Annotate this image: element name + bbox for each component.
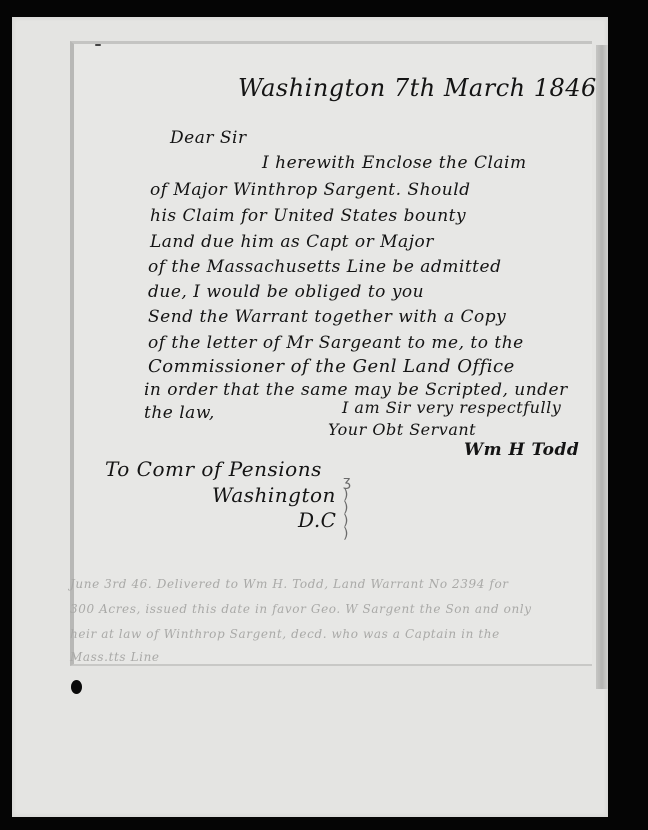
salutation: Dear Sir [170,128,247,148]
docket-note-line-3: heir at law of Winthrop Sargent, decd. w… [70,627,500,641]
closing-line-2: Your Obt Servant [328,420,476,439]
paper-speck [95,44,101,46]
closing-line-1: I am Sir very respectfully [342,398,561,417]
body-line-2: of Major Winthrop Sargent. Should [150,180,471,200]
body-line-9: Commissioner of the Genl Land Office [148,356,515,377]
body-line-11: the law, [144,403,215,423]
dateline: Washington 7th March 1846 [238,74,597,102]
body-line-1: I herewith Enclose the Claim [262,153,527,173]
body-line-8: of the letter of Mr Sargeant to me, to t… [148,333,524,353]
body-line-6: due, I would be obliged to you [148,282,424,302]
docket-note-line-1: June 3rd 46. Delivered to Wm H. Todd, La… [70,577,509,591]
address-line-1: To Comr of Pensions [105,457,322,481]
page-fold-edge [596,45,608,689]
address-line-3: D.C [298,508,336,532]
body-line-10: in order that the same may be Scripted, … [144,380,568,400]
body-line-4: Land due him as Capt or Major [150,232,434,252]
inner-page-frame [70,41,592,666]
docket-note-line-2: 300 Acres, issued this date in favor Geo… [70,602,532,616]
docket-note-line-4: Mass.tts Line [70,650,160,664]
body-line-3: his Claim for United States bounty [150,206,466,226]
marginal-scroll-mark: ʒ)))) [343,476,365,544]
signature: Wm H Todd [464,440,579,460]
address-line-2: Washington [212,483,336,507]
document-page [12,17,608,817]
ink-blot [71,680,82,694]
body-line-5: of the Massachusetts Line be admitted [148,257,501,277]
body-line-7: Send the Warrant together with a Copy [148,307,506,327]
